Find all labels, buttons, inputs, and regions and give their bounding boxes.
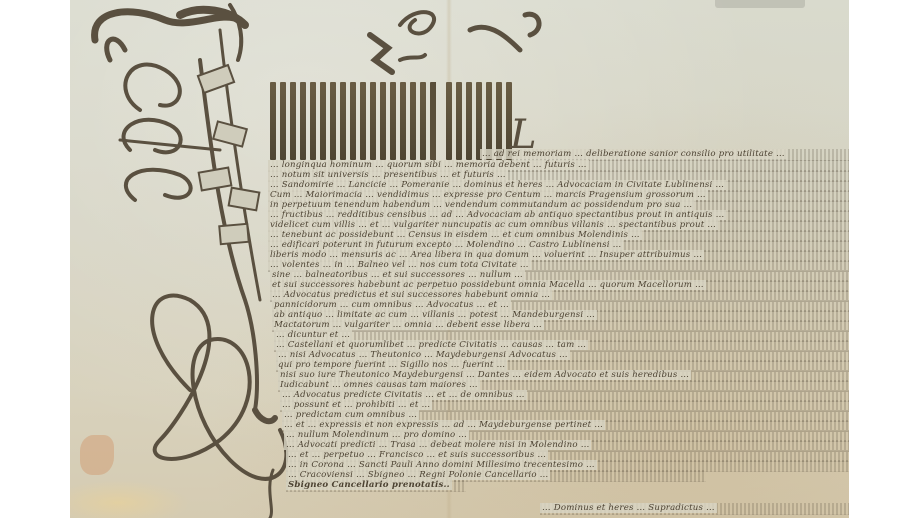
parchment-charter: L … ad rei memoriam … deliberatione sani…: [70, 0, 849, 518]
subscription-line: … Dominus et heres … Supradictus …: [540, 503, 849, 515]
text-line-closing: Sbigneo Cancellario prenotatis..: [286, 480, 466, 492]
charter-text-body: … ad rei memoriam … deliberatione sanior…: [70, 0, 849, 518]
